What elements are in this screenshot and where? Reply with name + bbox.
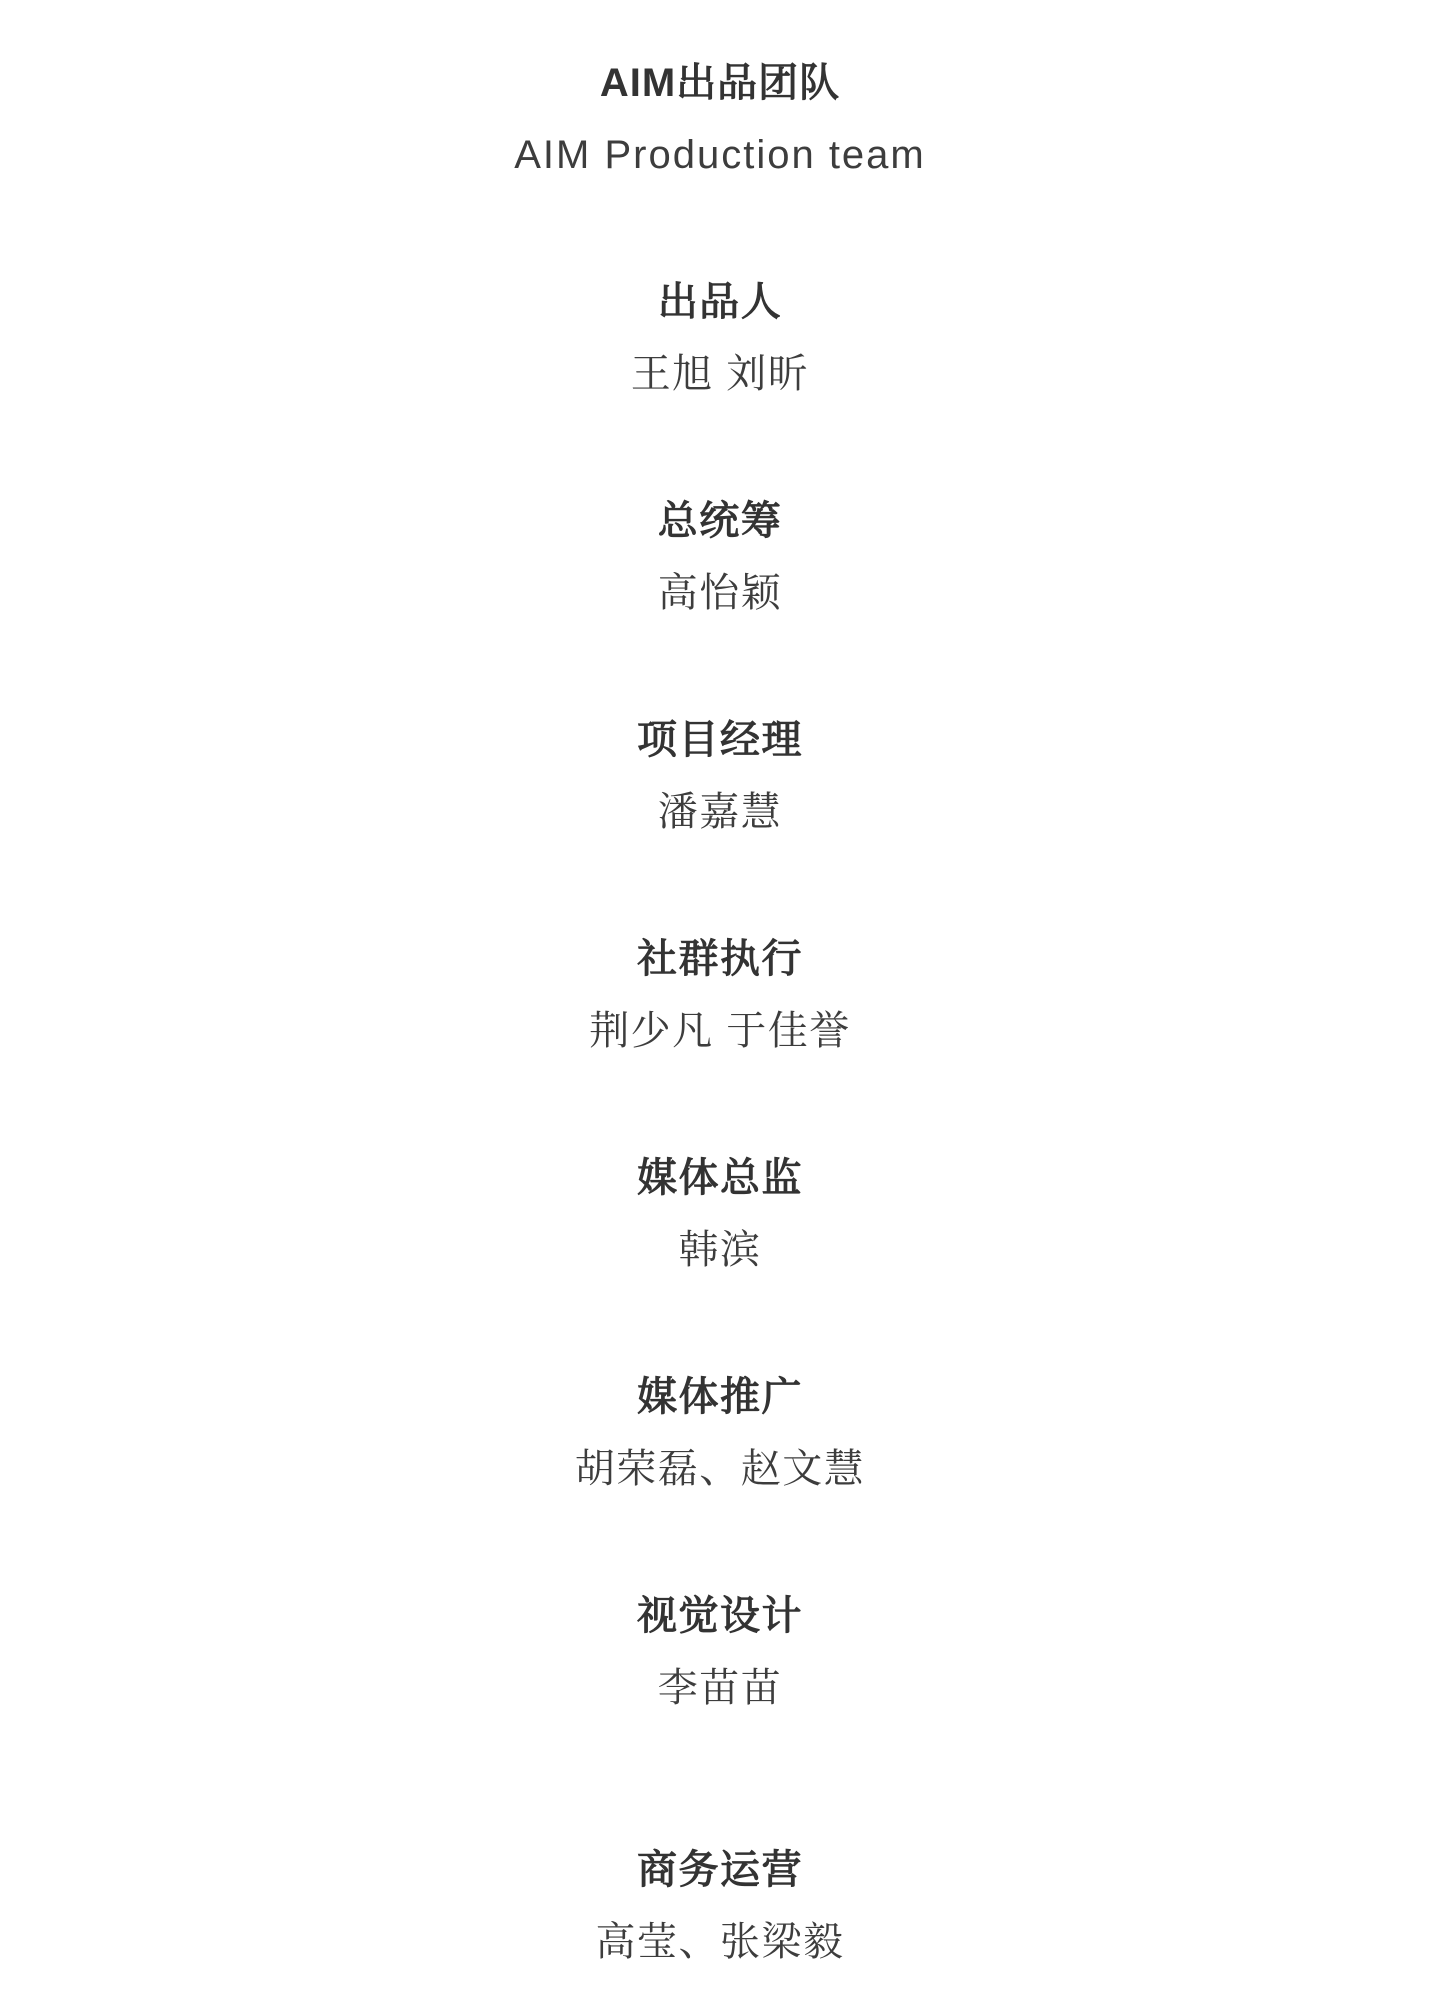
role-names: 高怡颖 (0, 557, 1440, 629)
credit-section-media-promotion: 媒体推广 胡荣磊、赵文慧 (0, 1361, 1440, 1505)
role-heading: 出品人 (0, 266, 1440, 338)
role-heading: 商务运营 (0, 1834, 1440, 1906)
credit-section-media-director: 媒体总监 韩滨 (0, 1142, 1440, 1286)
page-title: AIM出品团队 (0, 47, 1440, 119)
role-heading: 媒体总监 (0, 1142, 1440, 1214)
role-names: 李苗苗 (0, 1652, 1440, 1724)
page-subtitle: AIM Production team (0, 119, 1440, 191)
role-names: 韩滨 (0, 1214, 1440, 1286)
credit-section-visual-design: 视觉设计 李苗苗 (0, 1580, 1440, 1724)
role-heading: 媒体推广 (0, 1361, 1440, 1433)
credit-section-community-execution: 社群执行 荆少凡 于佳誉 (0, 923, 1440, 1067)
role-names: 荆少凡 于佳誉 (0, 995, 1440, 1067)
credits-page: AIM出品团队 AIM Production team 出品人 王旭 刘昕 总统… (0, 0, 1440, 1995)
credit-section-business-operations: 商务运营 高莹、张梁毅 (0, 1834, 1440, 1978)
credit-section-producer: 出品人 王旭 刘昕 (0, 266, 1440, 410)
role-names: 王旭 刘昕 (0, 338, 1440, 410)
role-names: 高莹、张梁毅 (0, 1906, 1440, 1978)
credit-section-chief-coordinator: 总统筹 高怡颖 (0, 485, 1440, 629)
role-heading: 视觉设计 (0, 1580, 1440, 1652)
role-names: 潘嘉慧 (0, 776, 1440, 848)
credit-section-project-manager: 项目经理 潘嘉慧 (0, 704, 1440, 848)
role-heading: 项目经理 (0, 704, 1440, 776)
role-heading: 总统筹 (0, 485, 1440, 557)
role-heading: 社群执行 (0, 923, 1440, 995)
role-names: 胡荣磊、赵文慧 (0, 1433, 1440, 1505)
